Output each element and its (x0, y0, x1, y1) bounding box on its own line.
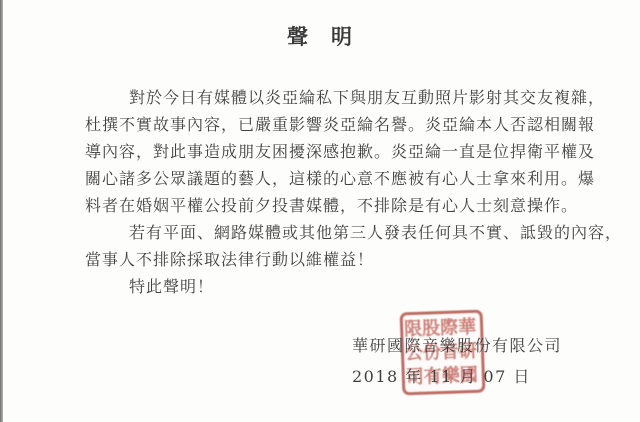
body-line: 杜撰不實故事內容，已嚴重影響炎亞綸名譽。炎亞綸本人否認相關報 (85, 111, 630, 138)
document-title: 聲 明 (0, 21, 640, 51)
body-line: 當事人不排除採取法律行動以維權益！ (85, 246, 630, 273)
body-line: 若有平面、網路媒體或其他第三人發表任何具不實、詆毀的內容， (85, 219, 630, 246)
signature-block: 華研國際音樂股份有限公司 2018 年 11 月 07 日 (352, 333, 562, 387)
body-line: 導內容，對此事造成朋友困擾深感抱歉。炎亞綸一直是位捍衛平權及 (85, 138, 630, 165)
statement-document-page: 聲 明 對於今日有媒體以炎亞綸私下與朋友互動照片影射其交友複雜， 杜撰不實故事內… (0, 0, 640, 422)
statement-date: 2018 年 11 月 07 日 (352, 364, 562, 387)
company-name: 華研國際音樂股份有限公司 (352, 333, 562, 356)
body-line: 對於今日有媒體以炎亞綸私下與朋友互動照片影射其交友複雜， (85, 84, 630, 111)
body-line: 料者在婚姻平權公投前夕投書媒體，不排除是有心人士刻意操作。 (85, 192, 630, 219)
scan-edge-artifact (0, 0, 3, 422)
statement-body: 對於今日有媒體以炎亞綸私下與朋友互動照片影射其交友複雜， 杜撰不實故事內容，已嚴… (85, 84, 630, 300)
body-line: 特此聲明！ (85, 273, 630, 300)
body-line: 關心諸多公眾議題的藝人，這樣的心意不應被有心人士拿來利用。爆 (85, 165, 630, 192)
